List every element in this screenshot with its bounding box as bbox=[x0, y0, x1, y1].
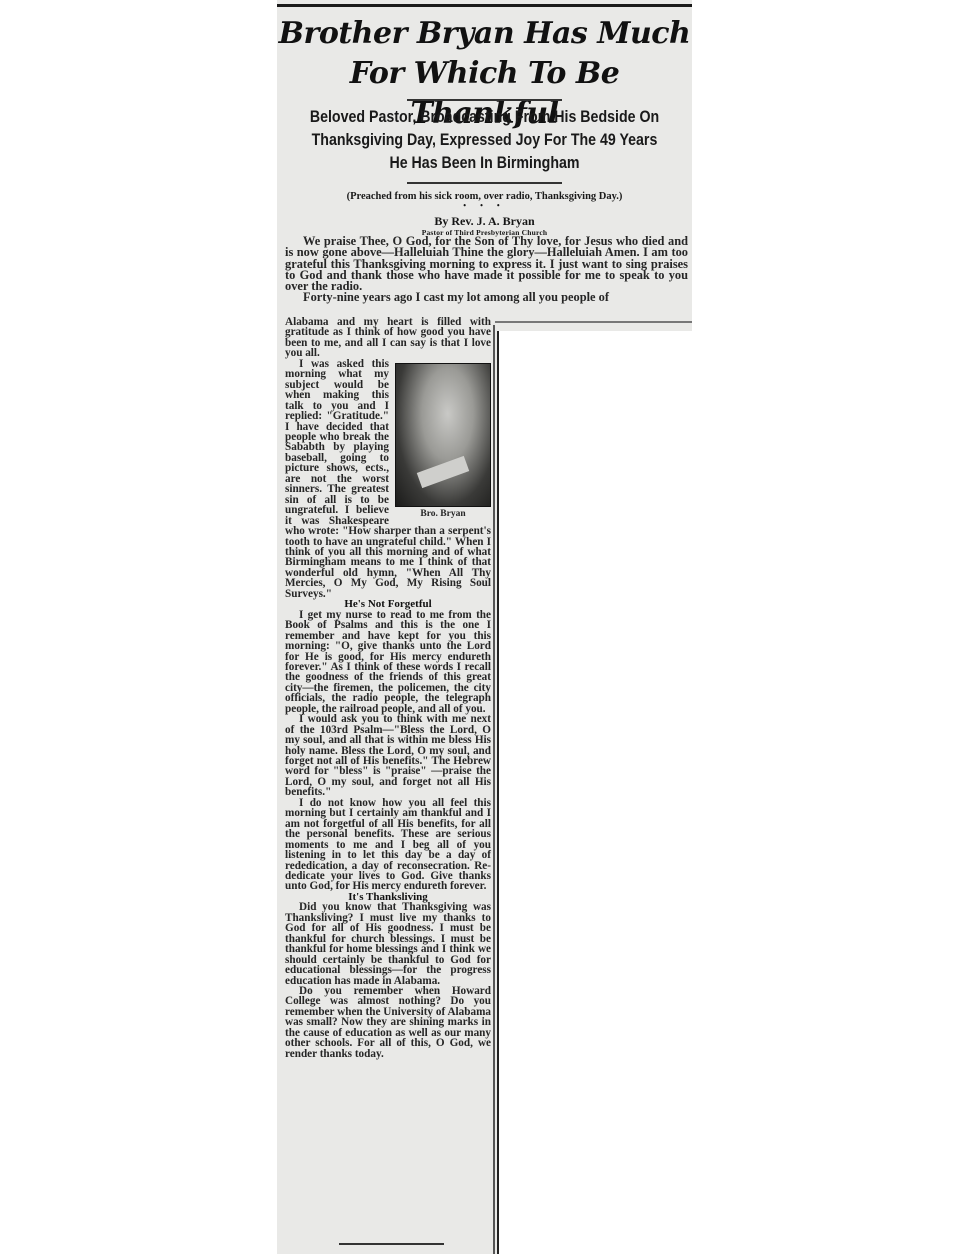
paragraph: I would ask you to think with me next of… bbox=[285, 714, 491, 798]
column-rule bbox=[493, 325, 495, 1254]
blank-area bbox=[497, 331, 969, 1254]
deck-line-1: Beloved Pastor, Broadcasting From His Be… bbox=[306, 106, 663, 129]
divider bbox=[407, 182, 562, 184]
paragraph: We praise Thee, O God, for the Son of Th… bbox=[285, 236, 688, 292]
paragraph: Did you know that Thanksgiving was Thank… bbox=[285, 902, 491, 986]
paragraph: Do you remember when Howard College was … bbox=[285, 986, 491, 1059]
portrait-photo-icon bbox=[395, 363, 491, 507]
intro-text: We praise Thee, O God, for the Son of Th… bbox=[285, 236, 688, 304]
clipping-edge bbox=[497, 331, 499, 1254]
paragraph: Forty-nine years ago I cast my lot among… bbox=[285, 292, 688, 303]
paragraph: I get my nurse to read to me from the Bo… bbox=[285, 610, 491, 715]
photo-caption: Bro. Bryan bbox=[395, 509, 491, 519]
deck-line-3: He Has Been In Birmingham bbox=[306, 152, 663, 175]
photo-box: Bro. Bryan bbox=[395, 363, 491, 519]
top-rule bbox=[277, 4, 692, 7]
paragraph: I do not know how you all feel this morn… bbox=[285, 798, 491, 892]
column-rule bbox=[495, 321, 692, 323]
end-rule bbox=[339, 1243, 444, 1245]
divider bbox=[407, 99, 562, 101]
article-column: Alabama and my heart is filled with grat… bbox=[285, 317, 491, 1059]
deck-line-2: Thanksgiving Day, Expressed Joy For The … bbox=[306, 129, 663, 152]
byline: By Rev. J. A. Bryan bbox=[277, 214, 692, 229]
ornament-stars: • • • bbox=[277, 201, 692, 210]
subheadline-deck: Beloved Pastor, Broadcasting From His Be… bbox=[306, 106, 663, 175]
paragraph: Alabama and my heart is filled with grat… bbox=[285, 317, 491, 359]
headline-line-1: Brother Bryan Has Much bbox=[277, 14, 692, 54]
